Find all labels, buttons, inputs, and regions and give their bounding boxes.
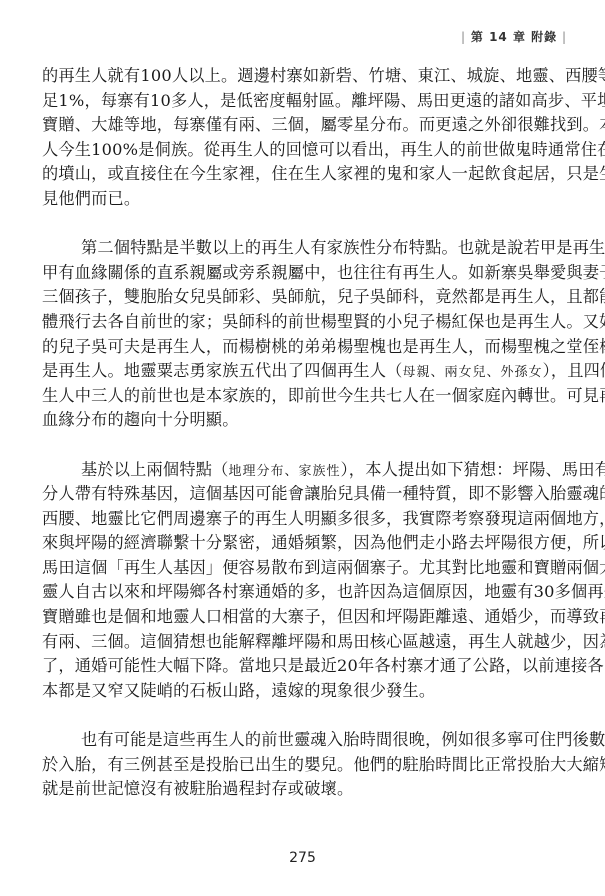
- inline-annotation: 地理分布、家族性: [229, 464, 341, 479]
- inline-annotation: 母親、兩女兒、外孫女: [403, 365, 543, 380]
- paragraph-spacer: [42, 433, 554, 458]
- text-line: 也有可能是這些再生人的前世靈魂入胎時間很晚，例如很多寧可住門後數月也不急: [42, 728, 554, 753]
- text-line: 來與坪陽的經濟聯繫十分緊密，通婚頻繁，因為他們走小路去坪陽很方便，所以坪陽、: [42, 531, 554, 556]
- text-line: 甲有血緣關係的直系親屬或旁系親屬中，也往往有再生人。如新寨吳舉愛與妻子共生了: [42, 261, 554, 286]
- text-line: 本都是又窄又陡峭的石板山路，遠嫁的現象很少發生。: [42, 679, 554, 704]
- text-line: 的再生人就有100人以上。週邊村寨如新砦、竹塘、東江、城旋、地靈、西腰等比例不: [42, 64, 554, 89]
- page-body: 的再生人就有100人以上。週邊村寨如新砦、竹塘、東江、城旋、地靈、西腰等比例不足…: [42, 64, 554, 802]
- text-line: 有兩、三個。這個猜想也能解釋離坪陽和馬田核心區越遠，再生人就越少，因為距離遠: [42, 630, 554, 655]
- text-line: 寶贈、大雄等地，每寨僅有兩、三個，屬零星分布。而更遠之外卻很難找到。本書再生: [42, 113, 554, 138]
- text-line: 見他們而已。: [42, 187, 554, 212]
- paragraph-spacer: [42, 703, 554, 728]
- text-line: 足1%，每寨有10多人，是低密度輻射區。離坪陽、馬田更遠的諸如高步、平坦、陽爛、: [42, 89, 554, 114]
- text-line: 西腰、地靈比它們周邊寨子的再生人明顯多很多，我實際考察發現這兩個地方，自古以: [42, 507, 554, 532]
- page-number: 275: [0, 850, 605, 866]
- text-line: 三個孩子，雙胞胎女兒吳師彩、吳師航，兒子吳師科，竟然都是再生人，且都能靈魂離: [42, 285, 554, 310]
- paragraph: 第二個特點是半數以上的再生人有家族性分布特點。也就是說若甲是再生人，則與甲有血緣…: [42, 236, 554, 433]
- text-line: 於入胎，有三例甚至是投胎已出生的嬰兒。他們的駐胎時間比正常投胎大大縮短，結果: [42, 753, 554, 778]
- paragraph-spacer: [42, 212, 554, 237]
- paragraph: 也有可能是這些再生人的前世靈魂入胎時間很晚，例如很多寧可住門後數月也不急於入胎，…: [42, 728, 554, 802]
- text-line: 基於以上兩個特點（地理分布、家族性），本人提出如下猜想：坪陽、馬田有少部: [42, 458, 554, 483]
- text-line: 生人中三人的前世也是本家族的，即前世今生共七人在一個家庭內轉世。可見再生人沿: [42, 384, 554, 409]
- paragraph: 的再生人就有100人以上。週邊村寨如新砦、竹塘、東江、城旋、地靈、西腰等比例不足…: [42, 64, 554, 212]
- text-line: 了，通婚可能性大幅下降。當地只是最近20年各村寨才通了公路，以前連接各山寨的基: [42, 654, 554, 679]
- text-line: 寶贈雖也是個和地靈人口相當的大寨子，但因和坪陽距離遠、通婚少，而導致再生人僅: [42, 605, 554, 630]
- text-line: 就是前世記憶沒有被駐胎過程封存或破壞。: [42, 777, 554, 802]
- text-line: 分人帶有特殊基因，這個基因可能會讓胎兒具備一種特質，即不影響入胎靈魂的記憶。: [42, 482, 554, 507]
- text-line: 是再生人。地靈粟志勇家族五代出了四個再生人（母親、兩女兒、外孫女），且四個再: [42, 359, 554, 384]
- text-line: 靈人自古以來和坪陽鄉各村寨通婚的多，也許因為這個原因，地靈有30多個再生人，而: [42, 580, 554, 605]
- running-header: | 第 14 章 附錄 |: [461, 28, 567, 45]
- text-line: 馬田這個「再生人基因」便容易散布到這兩個寨子。尤其對比地靈和寶贈兩個大寨，地: [42, 556, 554, 581]
- text-line: 的墳山，或直接住在今生家裡，住在生人家裡的鬼和家人一起飲食起居，只是生人看不: [42, 162, 554, 187]
- chapter-title: 第 14 章 附錄: [471, 30, 557, 44]
- text-line: 血緣分布的趨向十分明顯。: [42, 408, 554, 433]
- header-divider-right: |: [562, 30, 567, 44]
- text-line: 的兒子吳可夫是再生人，而楊樹桃的弟弟楊聖槐也是再生人，而楊聖槐之堂侄楊思田也: [42, 335, 554, 360]
- header-divider-left: |: [461, 30, 466, 44]
- text-line: 體飛行去各自前世的家；吳師科的前世楊聖賢的小兒子楊紅保也是再生人。又如楊樹桃: [42, 310, 554, 335]
- text-line: 第二個特點是半數以上的再生人有家族性分布特點。也就是說若甲是再生人，則與: [42, 236, 554, 261]
- text-line: 人今生100%是侗族。從再生人的回憶可以看出，再生人的前世做鬼時通常住在寨子旁邊: [42, 138, 554, 163]
- paragraph: 基於以上兩個特點（地理分布、家族性），本人提出如下猜想：坪陽、馬田有少部分人帶有…: [42, 458, 554, 704]
